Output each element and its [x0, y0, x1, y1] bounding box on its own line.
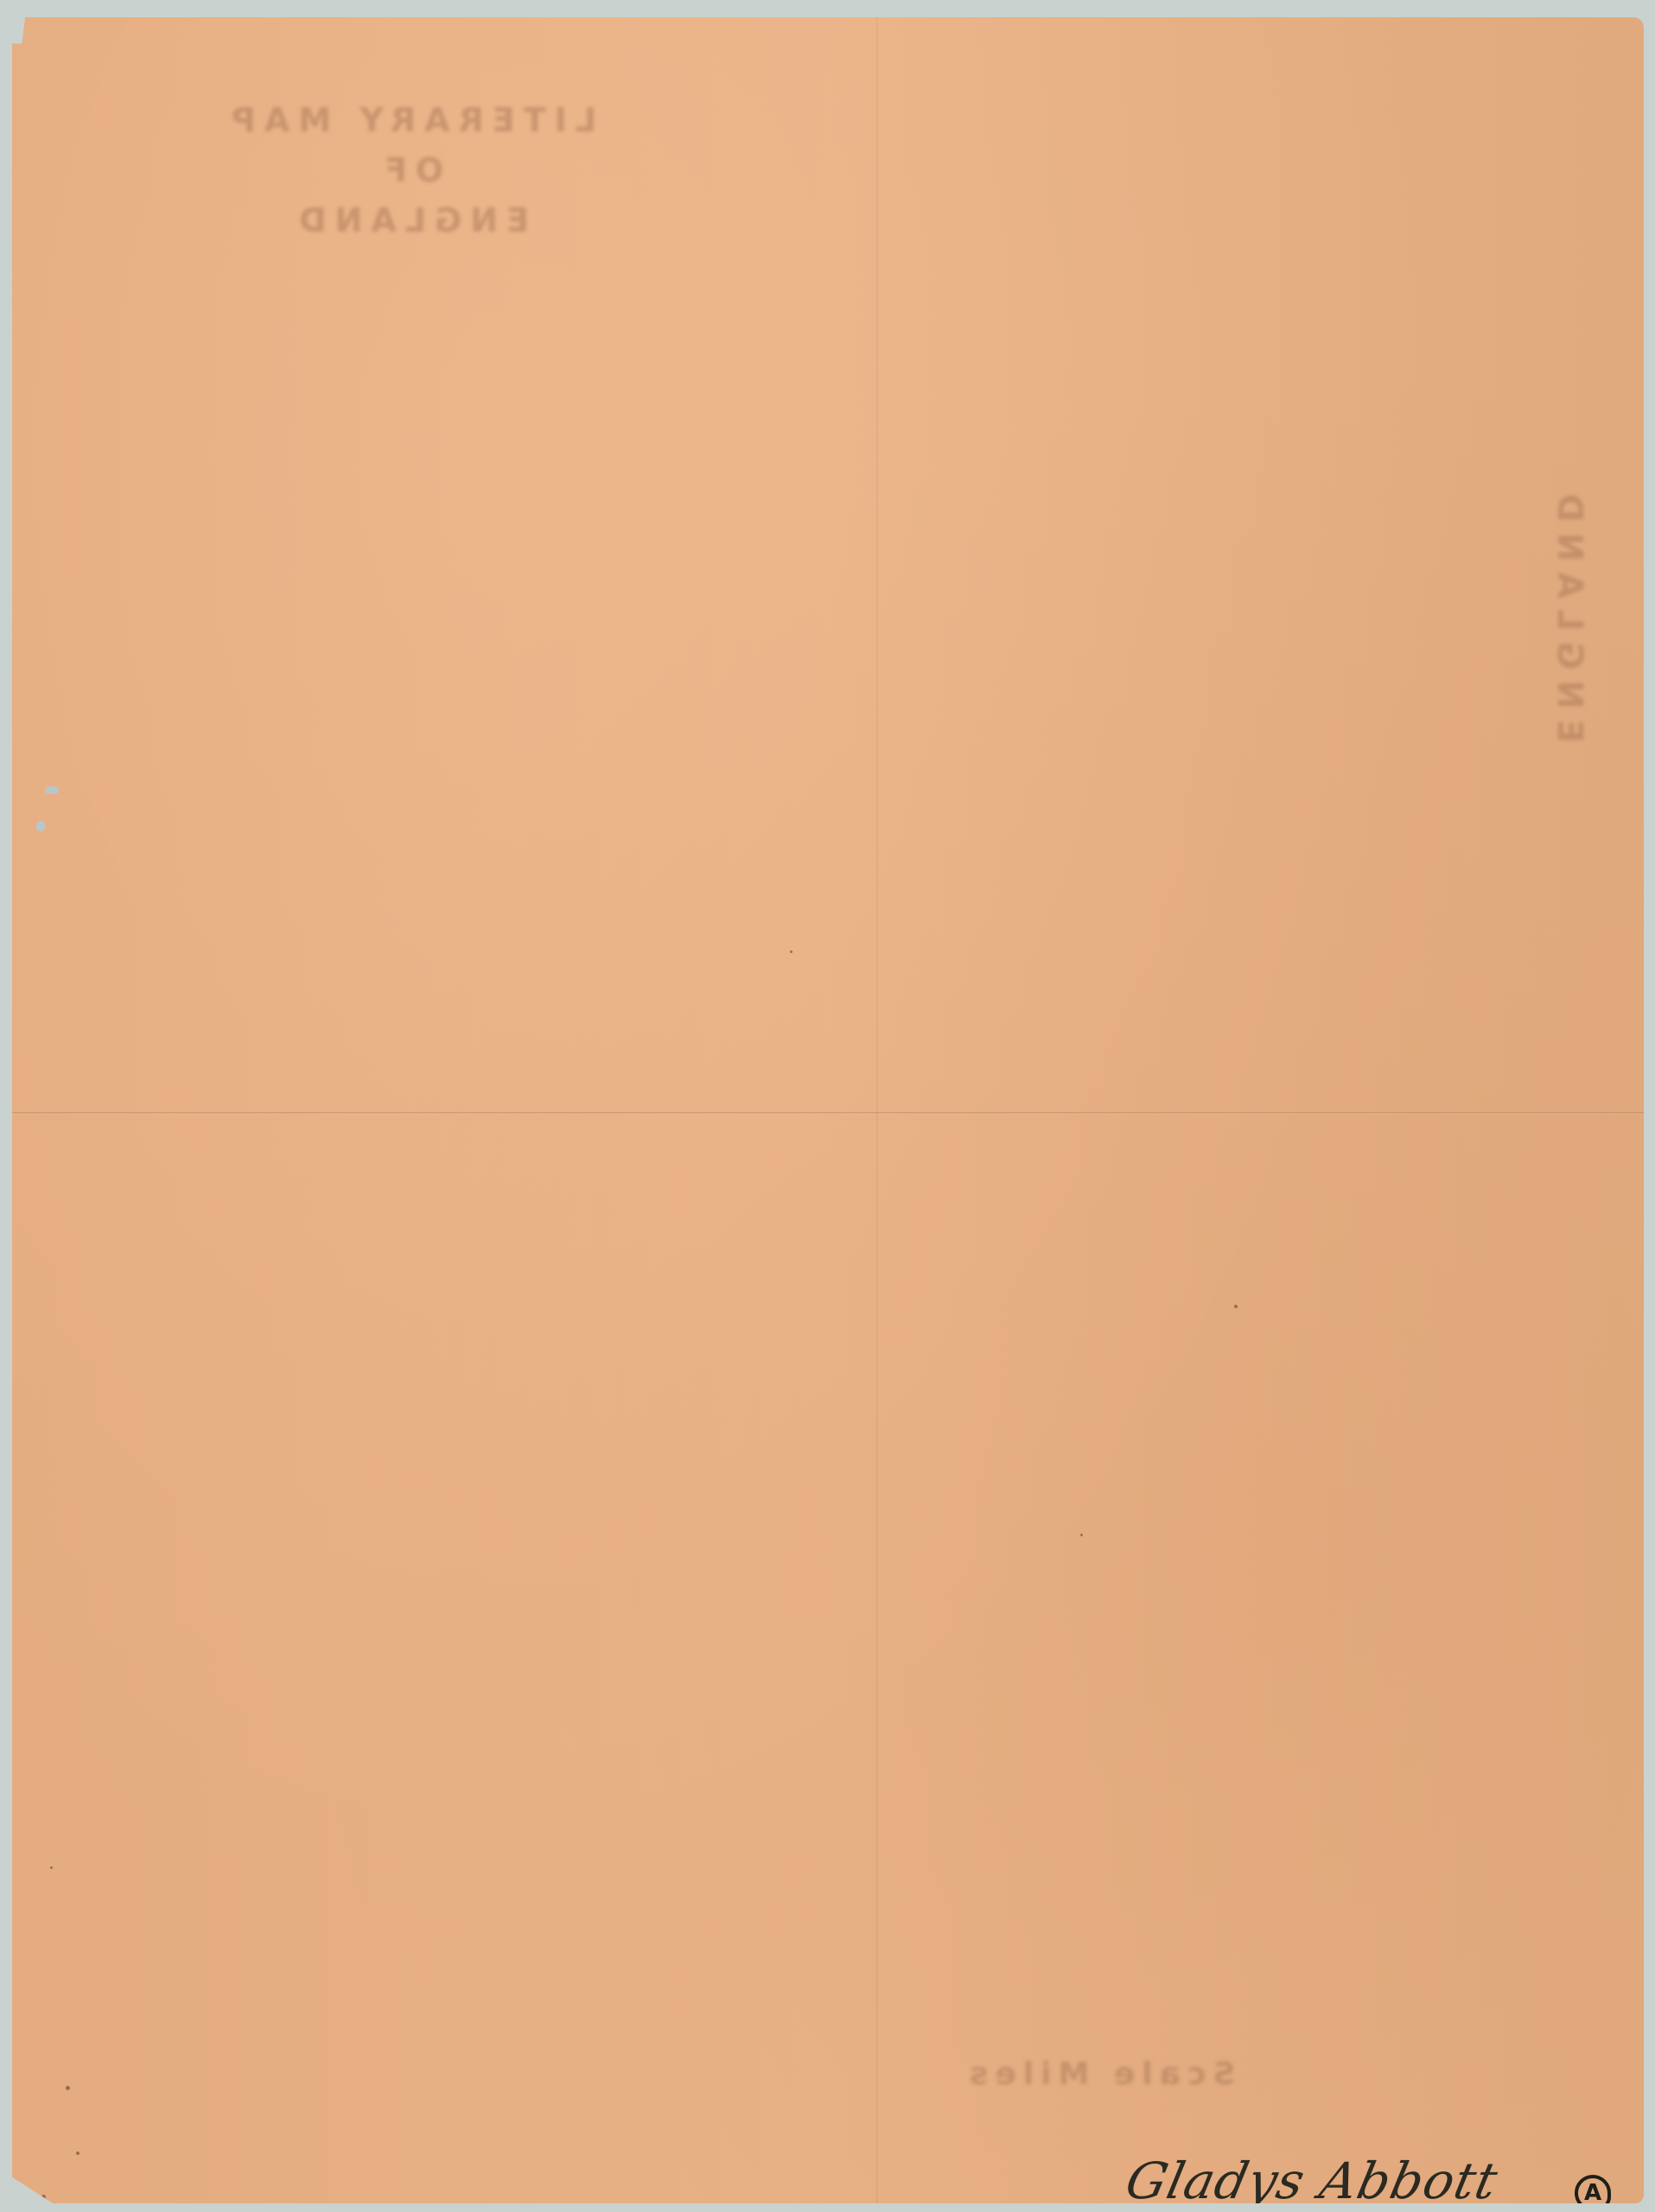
bleed-title-line-3: ENGLAND [211, 195, 608, 245]
map-sheet-reverse: LITERARY MAP OF ENGLAND ENGLAND Scale Mi… [12, 17, 1644, 2203]
horizontal-fold-line [12, 1112, 1644, 1115]
paper-speck [790, 950, 792, 953]
circled-a-mark: A [1575, 2175, 1611, 2211]
bleed-title-line-2: OF [211, 145, 608, 195]
paper-speck [1080, 1534, 1083, 1536]
paper-tear-spot [45, 786, 59, 794]
vertical-fold-line [876, 17, 878, 2203]
paper-tear-spot [36, 821, 45, 831]
paper-speck [1234, 1305, 1238, 1308]
handwritten-signature: Gladys Abbott [1121, 2152, 1504, 2210]
bleed-through-scale-label: Scale Miles [963, 2056, 1235, 2092]
paper-speck [50, 1866, 53, 1869]
paper-speck [41, 2195, 46, 2199]
bleed-title-line-1: LITERARY MAP [211, 95, 608, 145]
bleed-through-side-label: ENGLAND [1550, 483, 1589, 743]
paper-speck [66, 2086, 70, 2090]
bleed-through-title: LITERARY MAP OF ENGLAND [211, 95, 608, 245]
paper-speck [76, 2152, 80, 2155]
